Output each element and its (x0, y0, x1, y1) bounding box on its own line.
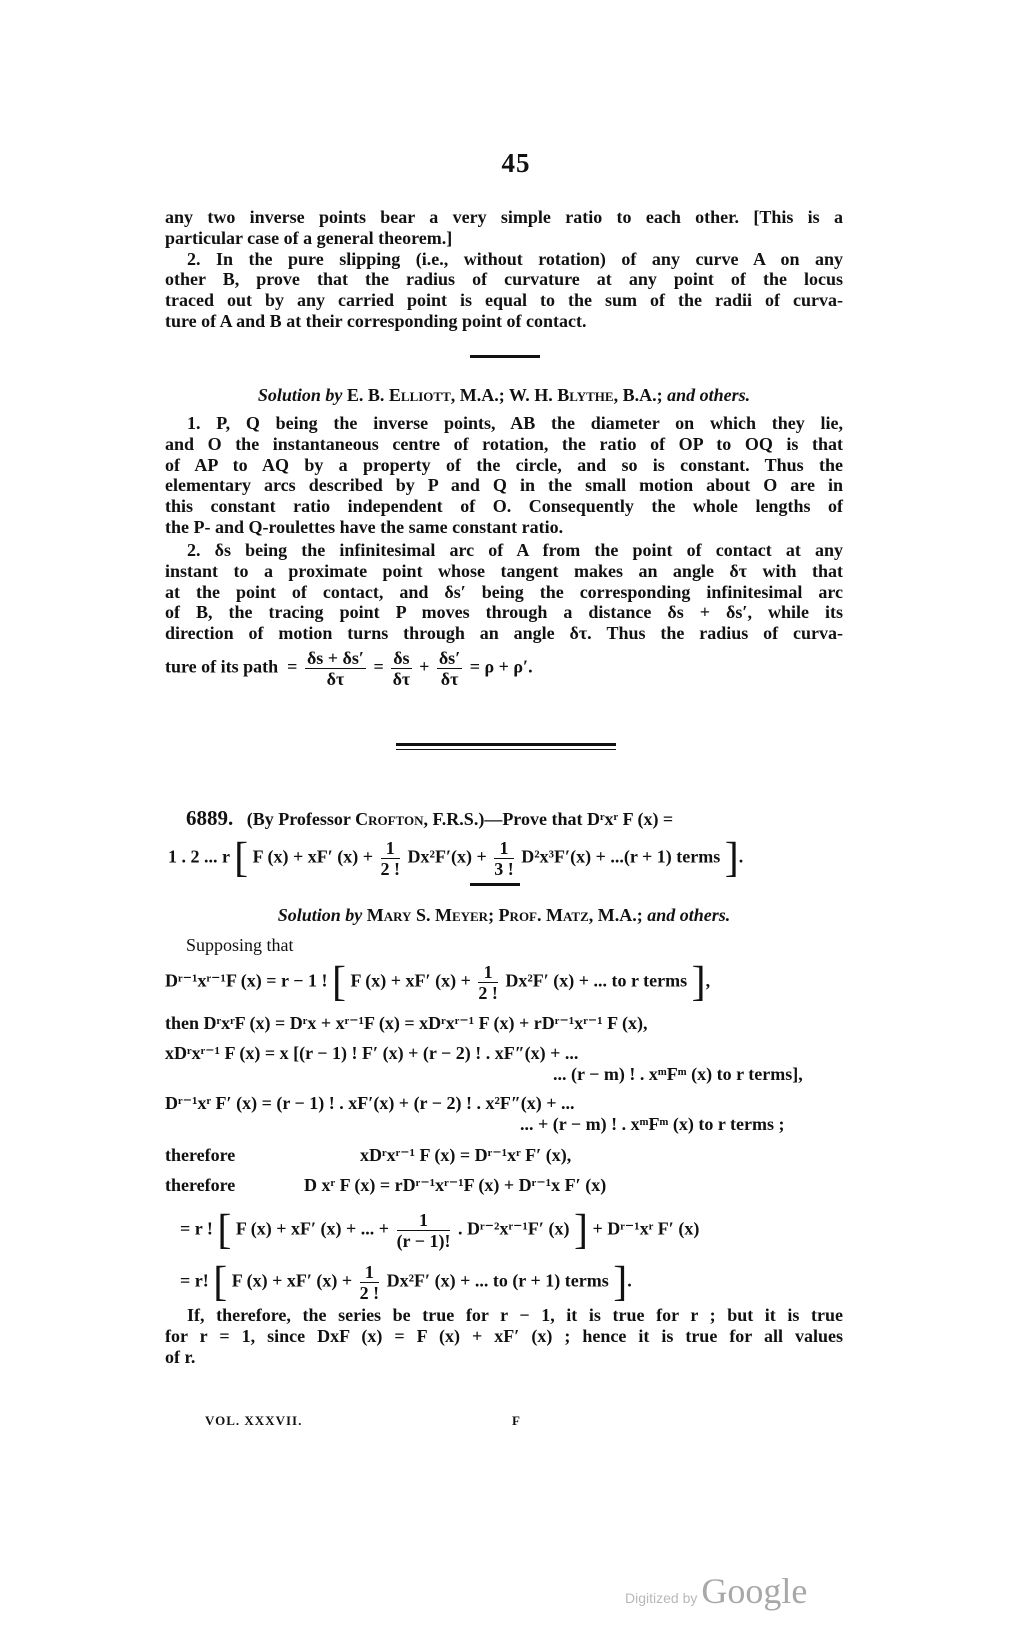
text-line: 2. δs being the infinitesimal arc of A f… (165, 540, 843, 561)
fraction: 12 ! (478, 962, 498, 1003)
question-number: 6889. (186, 806, 233, 830)
fraction: 13 ! (494, 838, 514, 879)
text-line: If, therefore, the series be true for r … (165, 1305, 843, 1326)
right-bracket: ] (725, 836, 739, 882)
watermark-prefix: Digitized by (625, 1590, 697, 1606)
formula-part: = r! (180, 1271, 209, 1291)
fraction: 1(r − 1)! (397, 1210, 451, 1251)
formula-part: Dx²F′ (x) + ... to (r + 1) terms (387, 1271, 609, 1291)
byline-names: E. B. Elliott, M.A.; W. H. Blythe, B.A.; (347, 385, 663, 405)
text-line: elementary arcs described by P and Q in … (165, 475, 843, 496)
text-line: of r. (165, 1347, 843, 1368)
derivation-line: xDʳxʳ⁻¹ F (x) = x [(r − 1) ! F′ (x) + (r… (165, 1043, 578, 1064)
section-divider (470, 883, 520, 886)
byline-suffix: and others. (667, 385, 750, 405)
formula-part: F (x) + xF′ (x) + (232, 1271, 352, 1291)
question-statement: , F.R.S.)—Prove that Dʳxʳ F (x) = (423, 809, 673, 829)
formula-result: = ρ + ρ′. (470, 657, 533, 677)
left-bracket: [ (332, 960, 346, 1006)
formula-part: Dʳ⁻¹xʳ⁻¹F (x) = r − 1 ! (165, 971, 327, 991)
solution-byline: Solution by E. B. Elliott, M.A.; W. H. B… (165, 385, 843, 406)
formula-part: Dx²F′ (x) + ... to r terms (505, 971, 687, 991)
formula-part: Dx²F′(x) + (408, 847, 487, 867)
question-author-prefix: (By Professor (247, 809, 351, 829)
fraction: 12 ! (381, 838, 401, 879)
formula-close: . (739, 847, 744, 867)
derivation-formula: = r ! [ F (x) + xF′ (x) + ... + 1(r − 1)… (180, 1210, 699, 1251)
fraction: δs + δs′δτ (305, 648, 366, 689)
byline-suffix: and others. (647, 905, 730, 925)
derivation-line: then DʳxʳF (x) = Dʳx + xʳ⁻¹F (x) = xDʳxʳ… (165, 1013, 648, 1034)
text-line: 1. P, Q being the inverse points, AB the… (165, 413, 843, 434)
equals-sign: = (287, 657, 297, 677)
question-6889-header: 6889. (By Professor Crofton, F.R.S.)—Pro… (186, 806, 673, 831)
supposing-label: Supposing that (186, 935, 294, 956)
left-bracket: [ (217, 1208, 231, 1254)
solution-paragraph-1: 1. P, Q being the inverse points, AB the… (165, 413, 843, 538)
text-line: any two inverse points bear a very simpl… (165, 207, 843, 228)
text-line: this constant ratio independent of O. Co… (165, 496, 843, 517)
derivation-line: ... + (r − m) ! . xᵐFᵐ (x) to r terms ; (520, 1114, 784, 1135)
formula-lead: 1 . 2 ... r (168, 847, 230, 867)
formula-part: F (x) + xF′ (x) + (253, 847, 373, 867)
formula-part: + Dʳ⁻¹xʳ F′ (x) (592, 1219, 699, 1239)
derivation-line: D xʳ F (x) = rDʳ⁻¹xʳ⁻¹F (x) + Dʳ⁻¹x F′ (… (304, 1175, 606, 1196)
google-logo: Google (701, 1571, 807, 1611)
byline-names: Mary S. Meyer; Prof. Matz, M.A.; (367, 905, 643, 925)
right-bracket: ] (574, 1208, 588, 1254)
text-line: traced out by any carried point is equal… (165, 290, 843, 311)
scanned-page: 45 any two inverse points bear a very si… (0, 0, 1032, 1635)
text-line: of AP to AQ by a property of the circle,… (165, 455, 843, 476)
text-line: 2. In the pure slipping (i.e., without r… (165, 249, 843, 270)
signature-mark: F (512, 1413, 521, 1429)
text-line: other B, prove that the radius of curvat… (165, 269, 843, 290)
formula-part: . Dʳ⁻²xʳ⁻¹F′ (x) (458, 1219, 570, 1239)
therefore-label: therefore (165, 1145, 235, 1166)
volume-footer: VOL. XXXVII. (205, 1413, 302, 1429)
page-number: 45 (0, 148, 1032, 179)
fraction: δs′δτ (437, 648, 462, 689)
curvature-formula: ture of its path = δs + δs′δτ = δsδτ + δ… (165, 648, 533, 689)
formula-part: F (x) + xF′ (x) + (350, 971, 470, 991)
formula-close: , (706, 971, 711, 991)
text-line: at the point of contact, and δs′ being t… (165, 582, 843, 603)
conclusion-paragraph: If, therefore, the series be true for r … (165, 1305, 843, 1367)
text-line: ture of A and B at their corresponding p… (165, 311, 843, 332)
byline-prefix: Solution by (258, 385, 343, 405)
derivation-formula: = r! [ F (x) + xF′ (x) + 12 ! Dx²F′ (x) … (180, 1262, 632, 1303)
text-line: direction of motion turns through an ang… (165, 623, 843, 644)
text-line: for r = 1, since DxF (x) = F (x) + xF′ (… (165, 1326, 843, 1347)
derivation-line: xDʳxʳ⁻¹ F (x) = Dʳ⁻¹xʳ F′ (x), (360, 1145, 571, 1166)
formula-close: . (627, 1271, 632, 1291)
equals-sign: = (373, 657, 383, 677)
solution-paragraph-2: 2. δs being the infinitesimal arc of A f… (165, 540, 843, 644)
text-line: particular case of a general theorem.] (165, 228, 843, 249)
therefore-label: therefore (165, 1175, 235, 1196)
text-line: the P- and Q-roulettes have the same con… (165, 517, 843, 538)
section-divider (470, 355, 540, 358)
question-continuation: any two inverse points bear a very simpl… (165, 207, 843, 332)
byline-prefix: Solution by (278, 905, 363, 925)
question-author-name: Crofton (355, 809, 423, 829)
digitized-by-google-watermark: Digitized by Google (625, 1570, 807, 1612)
left-bracket: [ (234, 836, 248, 882)
formula-part: F (x) + xF′ (x) + ... + (236, 1219, 389, 1239)
formula-part: D²x³F′(x) + ...(r + 1) terms (521, 847, 720, 867)
double-rule-bottom (396, 749, 616, 750)
right-bracket: ] (692, 960, 706, 1006)
hypothesis-formula: Dʳ⁻¹xʳ⁻¹F (x) = r − 1 ! [ F (x) + xF′ (x… (165, 962, 710, 1003)
left-bracket: [ (213, 1260, 227, 1306)
double-rule-top (396, 743, 616, 746)
solution-byline: Solution by Mary S. Meyer; Prof. Matz, M… (165, 905, 843, 926)
formula-part: = r ! (180, 1219, 213, 1239)
formula-lead: ture of its path (165, 657, 278, 677)
text-line: of B, the tracing point P moves through … (165, 602, 843, 623)
text-line: and O the instantaneous centre of rotati… (165, 434, 843, 455)
derivation-line: Dʳ⁻¹xʳ F′ (x) = (r − 1) ! . xF′(x) + (r … (165, 1093, 575, 1114)
plus-sign: + (419, 657, 429, 677)
right-bracket: ] (613, 1260, 627, 1306)
text-line: instant to a proximate point whose tange… (165, 561, 843, 582)
question-6889-formula: 1 . 2 ... r [ F (x) + xF′ (x) + 12 ! Dx²… (168, 838, 743, 879)
derivation-line: ... (r − m) ! . xᵐFᵐ (x) to r terms], (553, 1064, 803, 1085)
fraction: δsδτ (391, 648, 411, 689)
fraction: 12 ! (360, 1262, 380, 1303)
